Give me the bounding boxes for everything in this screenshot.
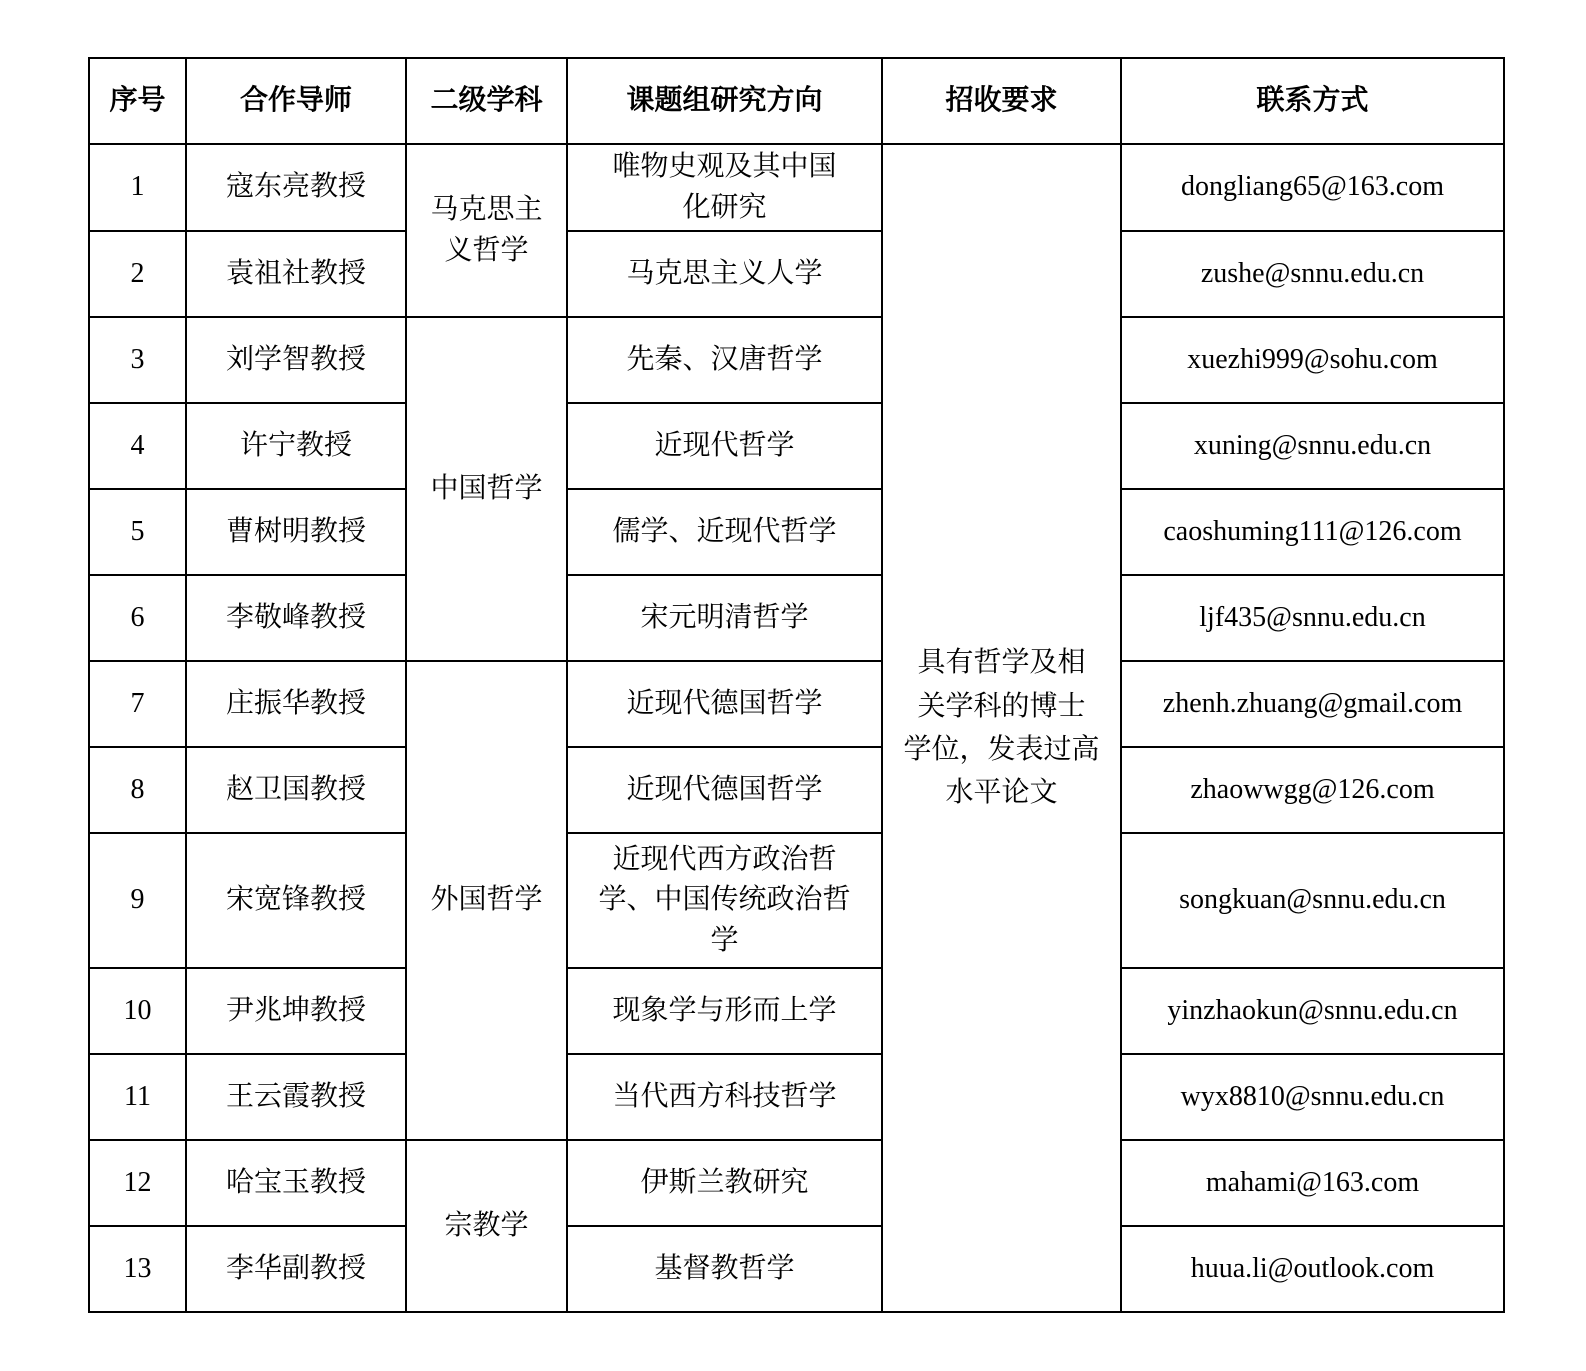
email-cell: songkuan@snnu.edu.cn (1121, 833, 1504, 968)
seq-cell: 13 (89, 1226, 186, 1312)
seq-cell: 10 (89, 968, 186, 1054)
direction-cell: 近现代德国哲学 (567, 661, 882, 747)
email-cell: xuezhi999@sohu.com (1121, 317, 1504, 403)
supervisor-cell: 许宁教授 (186, 403, 406, 489)
email-cell: caoshuming111@126.com (1121, 489, 1504, 575)
seq-cell: 9 (89, 833, 186, 968)
direction-cell: 当代西方科技哲学 (567, 1054, 882, 1140)
supervisor-cell: 王云霞教授 (186, 1054, 406, 1140)
supervisor-cell: 刘学智教授 (186, 317, 406, 403)
supervisor-table: 序号 合作导师 二级学科 课题组研究方向 招收要求 联系方式 1 寇东亮教授 马… (88, 57, 1505, 1313)
email-cell: mahami@163.com (1121, 1140, 1504, 1226)
table-row: 2 袁祖社教授 马克思主义人学 zushe@snnu.edu.cn (89, 231, 1504, 317)
table-row: 4 许宁教授 近现代哲学 xuning@snnu.edu.cn (89, 403, 1504, 489)
supervisor-cell: 哈宝玉教授 (186, 1140, 406, 1226)
direction-cell: 近现代哲学 (567, 403, 882, 489)
direction-cell: 近现代西方政治哲 学、中国传统政治哲 学 (567, 833, 882, 968)
supervisor-cell: 尹兆坤教授 (186, 968, 406, 1054)
direction-cell: 基督教哲学 (567, 1226, 882, 1312)
direction-cell: 宋元明清哲学 (567, 575, 882, 661)
header-direction: 课题组研究方向 (567, 58, 882, 144)
seq-cell: 8 (89, 747, 186, 833)
supervisor-cell: 李华副教授 (186, 1226, 406, 1312)
discipline-cell-religious-studies: 宗教学 (406, 1140, 567, 1312)
supervisor-cell: 袁祖社教授 (186, 231, 406, 317)
supervisor-cell: 曹树明教授 (186, 489, 406, 575)
email-cell: yinzhaokun@snnu.edu.cn (1121, 968, 1504, 1054)
email-cell: zhenh.zhuang@gmail.com (1121, 661, 1504, 747)
table-row: 11 王云霞教授 当代西方科技哲学 wyx8810@snnu.edu.cn (89, 1054, 1504, 1140)
email-cell: wyx8810@snnu.edu.cn (1121, 1054, 1504, 1140)
supervisor-cell: 寇东亮教授 (186, 144, 406, 231)
header-requirement: 招收要求 (882, 58, 1121, 144)
discipline-cell-marxist-philosophy: 马克思主 义哲学 (406, 144, 567, 317)
table-row: 8 赵卫国教授 近现代德国哲学 zhaowwgg@126.com (89, 747, 1504, 833)
direction-cell: 马克思主义人学 (567, 231, 882, 317)
seq-cell: 4 (89, 403, 186, 489)
seq-cell: 1 (89, 144, 186, 231)
direction-cell: 近现代德国哲学 (567, 747, 882, 833)
email-cell: dongliang65@163.com (1121, 144, 1504, 231)
discipline-cell-chinese-philosophy: 中国哲学 (406, 317, 567, 661)
direction-cell: 伊斯兰教研究 (567, 1140, 882, 1226)
seq-cell: 5 (89, 489, 186, 575)
supervisor-cell: 赵卫国教授 (186, 747, 406, 833)
direction-cell: 唯物史观及其中国 化研究 (567, 144, 882, 231)
table-row: 1 寇东亮教授 马克思主 义哲学 唯物史观及其中国 化研究 具有哲学及相 关学科… (89, 144, 1504, 231)
direction-cell: 先秦、汉唐哲学 (567, 317, 882, 403)
email-cell: ljf435@snnu.edu.cn (1121, 575, 1504, 661)
supervisor-cell: 宋宽锋教授 (186, 833, 406, 968)
requirement-cell: 具有哲学及相 关学科的博士 学位，发表过高 水平论文 (882, 144, 1121, 1312)
table-row: 10 尹兆坤教授 现象学与形而上学 yinzhaokun@snnu.edu.cn (89, 968, 1504, 1054)
table-row: 12 哈宝玉教授 宗教学 伊斯兰教研究 mahami@163.com (89, 1140, 1504, 1226)
direction-cell: 儒学、近现代哲学 (567, 489, 882, 575)
email-cell: zushe@snnu.edu.cn (1121, 231, 1504, 317)
supervisor-cell: 庄振华教授 (186, 661, 406, 747)
table-row: 13 李华副教授 基督教哲学 huua.li@outlook.com (89, 1226, 1504, 1312)
email-cell: zhaowwgg@126.com (1121, 747, 1504, 833)
discipline-cell-foreign-philosophy: 外国哲学 (406, 661, 567, 1140)
table-row: 9 宋宽锋教授 近现代西方政治哲 学、中国传统政治哲 学 songkuan@sn… (89, 833, 1504, 968)
seq-cell: 2 (89, 231, 186, 317)
table-row: 5 曹树明教授 儒学、近现代哲学 caoshuming111@126.com (89, 489, 1504, 575)
seq-cell: 6 (89, 575, 186, 661)
table-row: 7 庄振华教授 外国哲学 近现代德国哲学 zhenh.zhuang@gmail.… (89, 661, 1504, 747)
seq-cell: 7 (89, 661, 186, 747)
seq-cell: 12 (89, 1140, 186, 1226)
email-cell: huua.li@outlook.com (1121, 1226, 1504, 1312)
header-discipline: 二级学科 (406, 58, 567, 144)
seq-cell: 3 (89, 317, 186, 403)
email-cell: xuning@snnu.edu.cn (1121, 403, 1504, 489)
header-contact: 联系方式 (1121, 58, 1504, 144)
header-supervisor: 合作导师 (186, 58, 406, 144)
table-header-row: 序号 合作导师 二级学科 课题组研究方向 招收要求 联系方式 (89, 58, 1504, 144)
table-row: 6 李敬峰教授 宋元明清哲学 ljf435@snnu.edu.cn (89, 575, 1504, 661)
supervisor-cell: 李敬峰教授 (186, 575, 406, 661)
seq-cell: 11 (89, 1054, 186, 1140)
direction-cell: 现象学与形而上学 (567, 968, 882, 1054)
header-seq: 序号 (89, 58, 186, 144)
table-row: 3 刘学智教授 中国哲学 先秦、汉唐哲学 xuezhi999@sohu.com (89, 317, 1504, 403)
